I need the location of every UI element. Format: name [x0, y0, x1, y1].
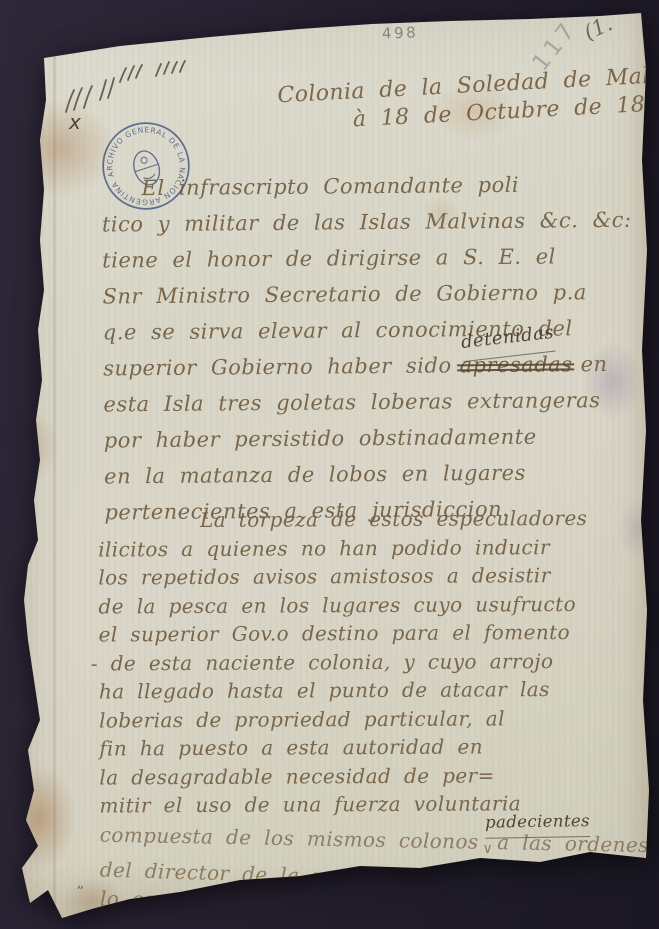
manuscript-line: q.e se sirva elevar al conocimiento del [103, 310, 659, 351]
manuscript-scan: ARCHIVO GENERAL DE LA NACION ARGENTINA ✶… [0, 0, 659, 929]
manuscript-line: esta Isla tres goletas loberas extranger… [103, 382, 659, 423]
manuscript-line: tico y militar de las Islas Malvinas &c.… [102, 202, 659, 243]
manuscript-line: los repetidos avisos amistosos a desisti… [98, 561, 659, 592]
corner-page-mark: (1. [580, 11, 616, 44]
manuscript-line: loberias de propriedad particular, al [99, 703, 659, 734]
manuscript-page: ARCHIVO GENERAL DE LA NACION ARGENTINA ✶… [0, 0, 659, 929]
manuscript-line: del director de la pesca de esta colonia… [99, 855, 659, 900]
correction-suffix: en [580, 352, 607, 376]
insertion-prefix: compuesta de los mismos colonos [100, 822, 479, 853]
dateline: Colonia de la Soledad de Malvinas à 18 d… [277, 61, 659, 137]
manuscript-line: Snr Ministro Secretario de Gobierno p.a [102, 274, 659, 315]
correction-prefix: superior Gobierno haber sido [103, 353, 452, 380]
manuscript-line: de la pesca en los lugares cuyo usufruct… [98, 589, 659, 620]
manuscript-line: - de esta naciente colonia, y cuyo arroj… [91, 646, 659, 678]
manuscript-line: por haber persistido obstinadamente [104, 418, 659, 459]
inserted-word-wrap: ∨padecientes [482, 827, 493, 863]
margin-quote-mark: ” [75, 884, 84, 901]
caret-mark: ∨ [482, 840, 493, 856]
struck-word-wrap: apresadasdetenidas [459, 346, 572, 383]
manuscript-line: en la matanza de lobos en lugares [104, 454, 659, 495]
paragraph-1: El infrascripto Comandante poli tico y m… [101, 166, 659, 531]
paragraph-2: La torpeza de estos especuladores ilicit… [98, 504, 659, 913]
manuscript-line: El infrascripto Comandante poli [101, 166, 659, 207]
x-mark: x [69, 110, 81, 134]
manuscript-line: el superior Gov.o destino para el foment… [99, 618, 659, 649]
inserted-word: padecientes [485, 807, 590, 838]
manuscript-line: ha llegado hasta el punto de atacar las [99, 675, 659, 706]
manuscript-line: la desagradable necesidad de per= [99, 760, 659, 791]
manuscript-line: La torpeza de estos especuladores [98, 504, 659, 535]
manuscript-line-closing: lo es el capitan Don Mateo Brisbane, par… [100, 884, 659, 920]
struck-word: el [598, 891, 617, 920]
manuscript-line: fin ha puesto a esta autoridad en [99, 732, 659, 763]
manuscript-line: ilicitos a quienes no han podido inducir [98, 532, 659, 563]
manuscript-line: tiene el honor de dirigirse a S. E. el [102, 238, 659, 279]
pencil-folio-number: 498 [382, 23, 419, 42]
closing-prefix: lo es el capitan Don Mateo Brisbane, par… [100, 886, 585, 917]
manuscript-line-correction: superior Gobierno haber sidoapresadasdet… [103, 346, 659, 387]
